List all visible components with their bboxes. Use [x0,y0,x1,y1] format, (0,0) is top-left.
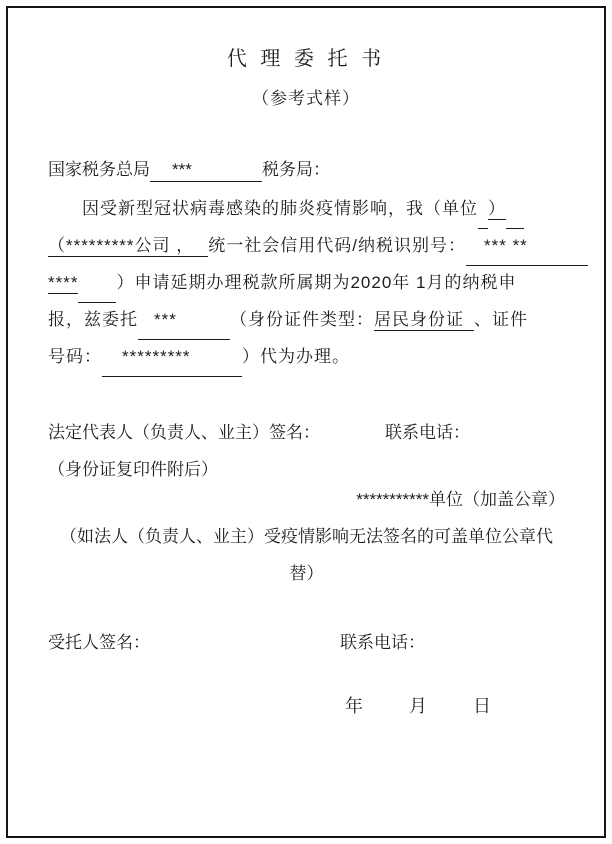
body-line-1-text: 因受新型冠状病毒感染的肺炎疫情影响，我（单位 [82,199,478,218]
legal-rep-phone-label: 联系电话： [385,418,470,443]
trustee-phone-label: 联系电话： [340,628,425,653]
body-line-5: 号码：*********）代为办理。 [48,338,572,375]
body-line-2: （*********公司 ，统一社会信用代码/纳税识别号：*** ** [48,227,572,264]
body-line-4-text1: 报，兹委托 [48,310,138,329]
taxid-blank-part1: *** ** [466,227,588,266]
document-page: 代 理 委 托 书 （参考式样） 国家税务总局***税务局： 因受新型冠状病毒感… [0,0,612,844]
trustee-signature-row: 受托人签名： 联系电话： [48,628,572,653]
exemption-note-line-1: （如法人（负责人、业主）受疫情影响无法签名的可盖单位公章代 [48,518,565,555]
taxid-part2-underlined: **** [48,273,78,294]
cert-type-underlined: 居民身份证 [374,310,474,331]
body-line-4-text3: 、证件 [474,310,528,329]
body-line-4-text2: （身份证件类型： [230,310,374,329]
company-name-underlined: （*********公司 ， [48,236,208,257]
day-label: 日 [473,692,491,718]
salutation-suffix: 税务局： [262,160,330,179]
year-label: 年 [345,692,363,718]
salutation-prefix: 国家税务总局 [48,160,150,179]
body-paragraph: 因受新型冠状病毒感染的肺炎疫情影响，我（单位） （*********公司 ，统一… [48,190,572,375]
body-line-3-text: ）申请延期办理税款所属期为2020年 1月的纳税申 [116,273,516,292]
exemption-note: （如法人（负责人、业主）受疫情影响无法签名的可盖单位公章代 替） [48,518,565,592]
salutation-line: 国家税务总局***税务局： [48,155,330,182]
recipient-blank: *** [150,160,262,182]
body-line-5-text1: 号码： [48,347,102,366]
doc-subtitle: （参考式样） [0,84,612,109]
body-line-3: ****）申请延期办理税款所属期为2020年 1月的纳税申 [48,264,572,301]
id-copy-note: （身份证复印件附后） [48,455,218,480]
agent-name-blank: *** [138,301,230,340]
body-line-2-text: 统一社会信用代码/纳税识别号： [208,236,466,255]
body-line-1: 因受新型冠状病毒感染的肺炎疫情影响，我（单位） [48,190,572,227]
body-line-5-text2: ）代为办理。 [242,347,350,366]
doc-title: 代 理 委 托 书 [0,42,612,71]
unit-paren: ） [488,199,506,220]
unit-stamp-line: ***********单位（加盖公章） [48,485,565,510]
date-line: 年 月 日 [345,692,491,718]
legal-rep-signature-label: 法定代表人（负责人、业主）签名： [48,423,320,442]
month-label: 月 [409,692,427,718]
body-line-4: 报，兹委托***（身份证件类型：居民身份证、证件 [48,301,572,338]
exemption-note-line-2: 替） [48,555,565,592]
trustee-signature-label: 受托人签名： [48,633,150,652]
cert-number-blank: ********* [102,338,242,377]
taxid-blank-tail [78,264,116,303]
unit-blank-leading [478,190,488,229]
unit-blank-trailing [506,190,524,229]
legal-rep-signature-row: 法定代表人（负责人、业主）签名： 联系电话： [48,418,572,443]
